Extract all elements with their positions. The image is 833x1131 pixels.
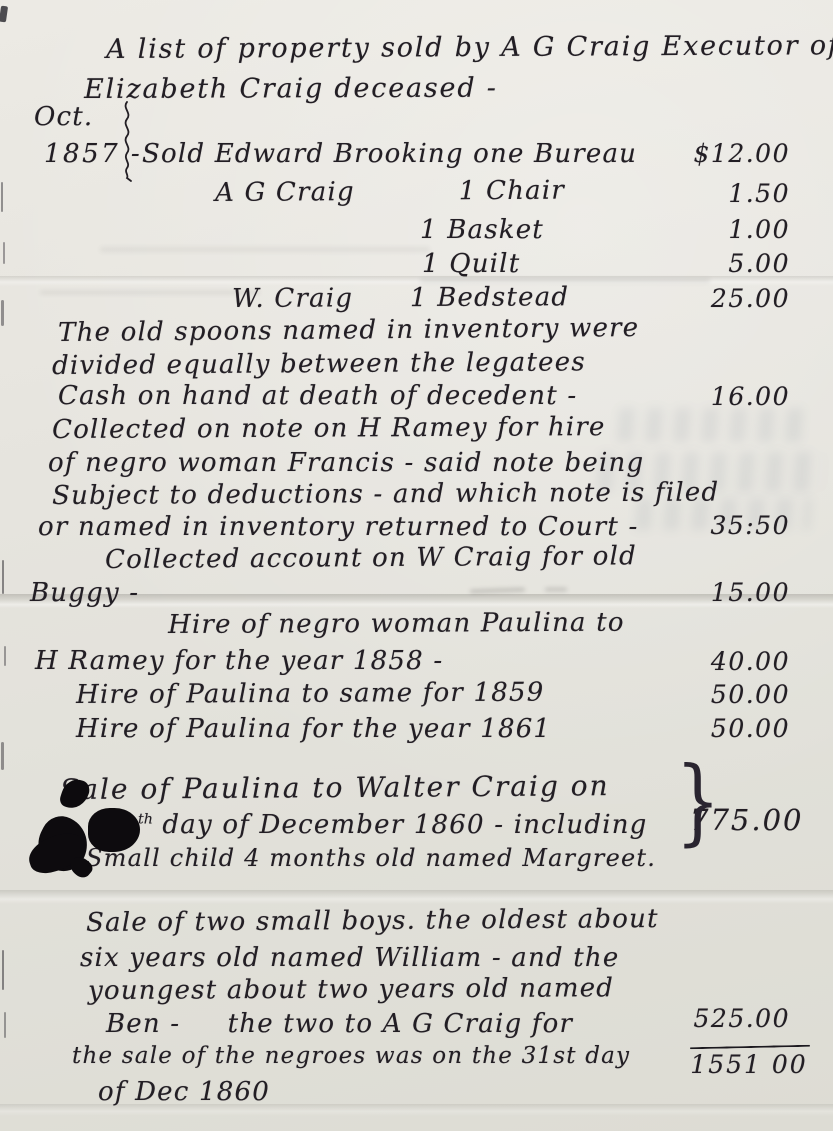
fold-crease [0, 890, 833, 904]
ledger-line: Ben - the two to A G Craig for [106, 1011, 573, 1037]
paper-edge-mark [4, 646, 6, 666]
ledger-line: 1 Basket [420, 217, 544, 243]
sum-rule [690, 1045, 810, 1050]
paper-edge-mark [1, 182, 3, 212]
ledger-line: six years old named William - and the [80, 945, 619, 971]
ledger-line: W. Craig 1 Bedstead [232, 284, 569, 312]
bracket-mark [118, 100, 136, 182]
ledger-line: 1 Quilt [422, 251, 520, 277]
total-value: 1551 00 [688, 1052, 810, 1077]
amount-value: 50.00 [690, 716, 790, 741]
ledger-line: Hire of negro woman Paulina to [168, 610, 625, 638]
ink-blot [88, 808, 140, 852]
paper-edge-mark [1, 300, 4, 326]
ledger-line: Collected account on W Craig for old [105, 543, 637, 573]
ledger-line-text: day of December 1860 - including [153, 810, 648, 840]
ledger-line: H Ramey for the year 1858 - [35, 648, 443, 674]
amount-value: 50.00 [690, 682, 790, 707]
amount-value: 1.00 [690, 217, 790, 242]
ledger-line: of negro woman Francis - said note being [48, 450, 644, 476]
pencil-smudge [40, 291, 260, 294]
ledger-line: Hire of Paulina for the year 1861 [76, 716, 551, 742]
paper-edge-mark [0, 6, 8, 23]
paper-edge-mark [4, 1012, 6, 1038]
pen-dash-mark [545, 588, 567, 591]
document-scan: A list of property sold by A G Craig Exe… [0, 0, 833, 1131]
ledger-line: or named in inventory returned to Court … [38, 514, 639, 540]
ledger-line: Sale of two small boys. the oldest about [86, 906, 659, 936]
ledger-line: The old spoons named in inventory were [58, 315, 639, 346]
bleedthrough-ghost [617, 408, 804, 442]
paper-edge-mark [3, 242, 5, 264]
ledger-line: Sold Edward Brooking one Bureau [142, 141, 637, 167]
paper-edge-mark [1, 742, 4, 770]
margin-date-month: Oct. [34, 104, 93, 130]
curly-brace-mark: } [675, 750, 720, 853]
document-title-line2: Elizabeth Craig deceased - [84, 75, 498, 103]
ledger-line: Cash on hand at death of decedent - [58, 383, 577, 409]
amount-value: 25.00 [690, 286, 790, 311]
ledger-line: Collected on note on H Ramey for hire [52, 414, 606, 443]
ledger-line: youngest about two years old named [88, 975, 614, 1004]
amount-value: 16.00 [690, 384, 790, 409]
pencil-smudge [100, 247, 430, 252]
ledger-line: of Dec 1860 [98, 1079, 270, 1105]
amount-value: 1.50 [690, 181, 790, 206]
ledger-line: Small child 4 months old named Margreet. [86, 846, 656, 870]
amount-value: 35:50 [690, 513, 790, 538]
amount-value: $12.00 [690, 141, 790, 166]
ledger-line: Subject to deductions - and which note i… [52, 480, 719, 509]
amount-value: 5.00 [690, 251, 790, 276]
ledger-line: Sale of Paulina to Walter Craig on [60, 772, 610, 804]
pen-dash-mark [470, 588, 525, 593]
amount-value: 525.00 [690, 1006, 790, 1031]
superscript-ordinal: th [138, 811, 153, 827]
amount-value: 40.00 [690, 649, 790, 674]
ledger-line: Buggy - [30, 580, 139, 606]
amount-value: 15.00 [690, 580, 790, 605]
ledger-line: the sale of the negroes was on the 31st … [72, 1045, 630, 1068]
paper-edge-mark [2, 560, 4, 594]
ledger-line: divided equally between the legatees [52, 349, 586, 379]
paper-edge-mark [2, 950, 4, 990]
document-title-line1: A list of property sold by A G Craig Exe… [106, 32, 833, 63]
ledger-line: th day of December 1860 - including [138, 812, 648, 838]
ledger-line: A G Craig 1 Chair [215, 178, 565, 206]
ledger-line: Hire of Paulina to same for 1859 [76, 680, 545, 708]
